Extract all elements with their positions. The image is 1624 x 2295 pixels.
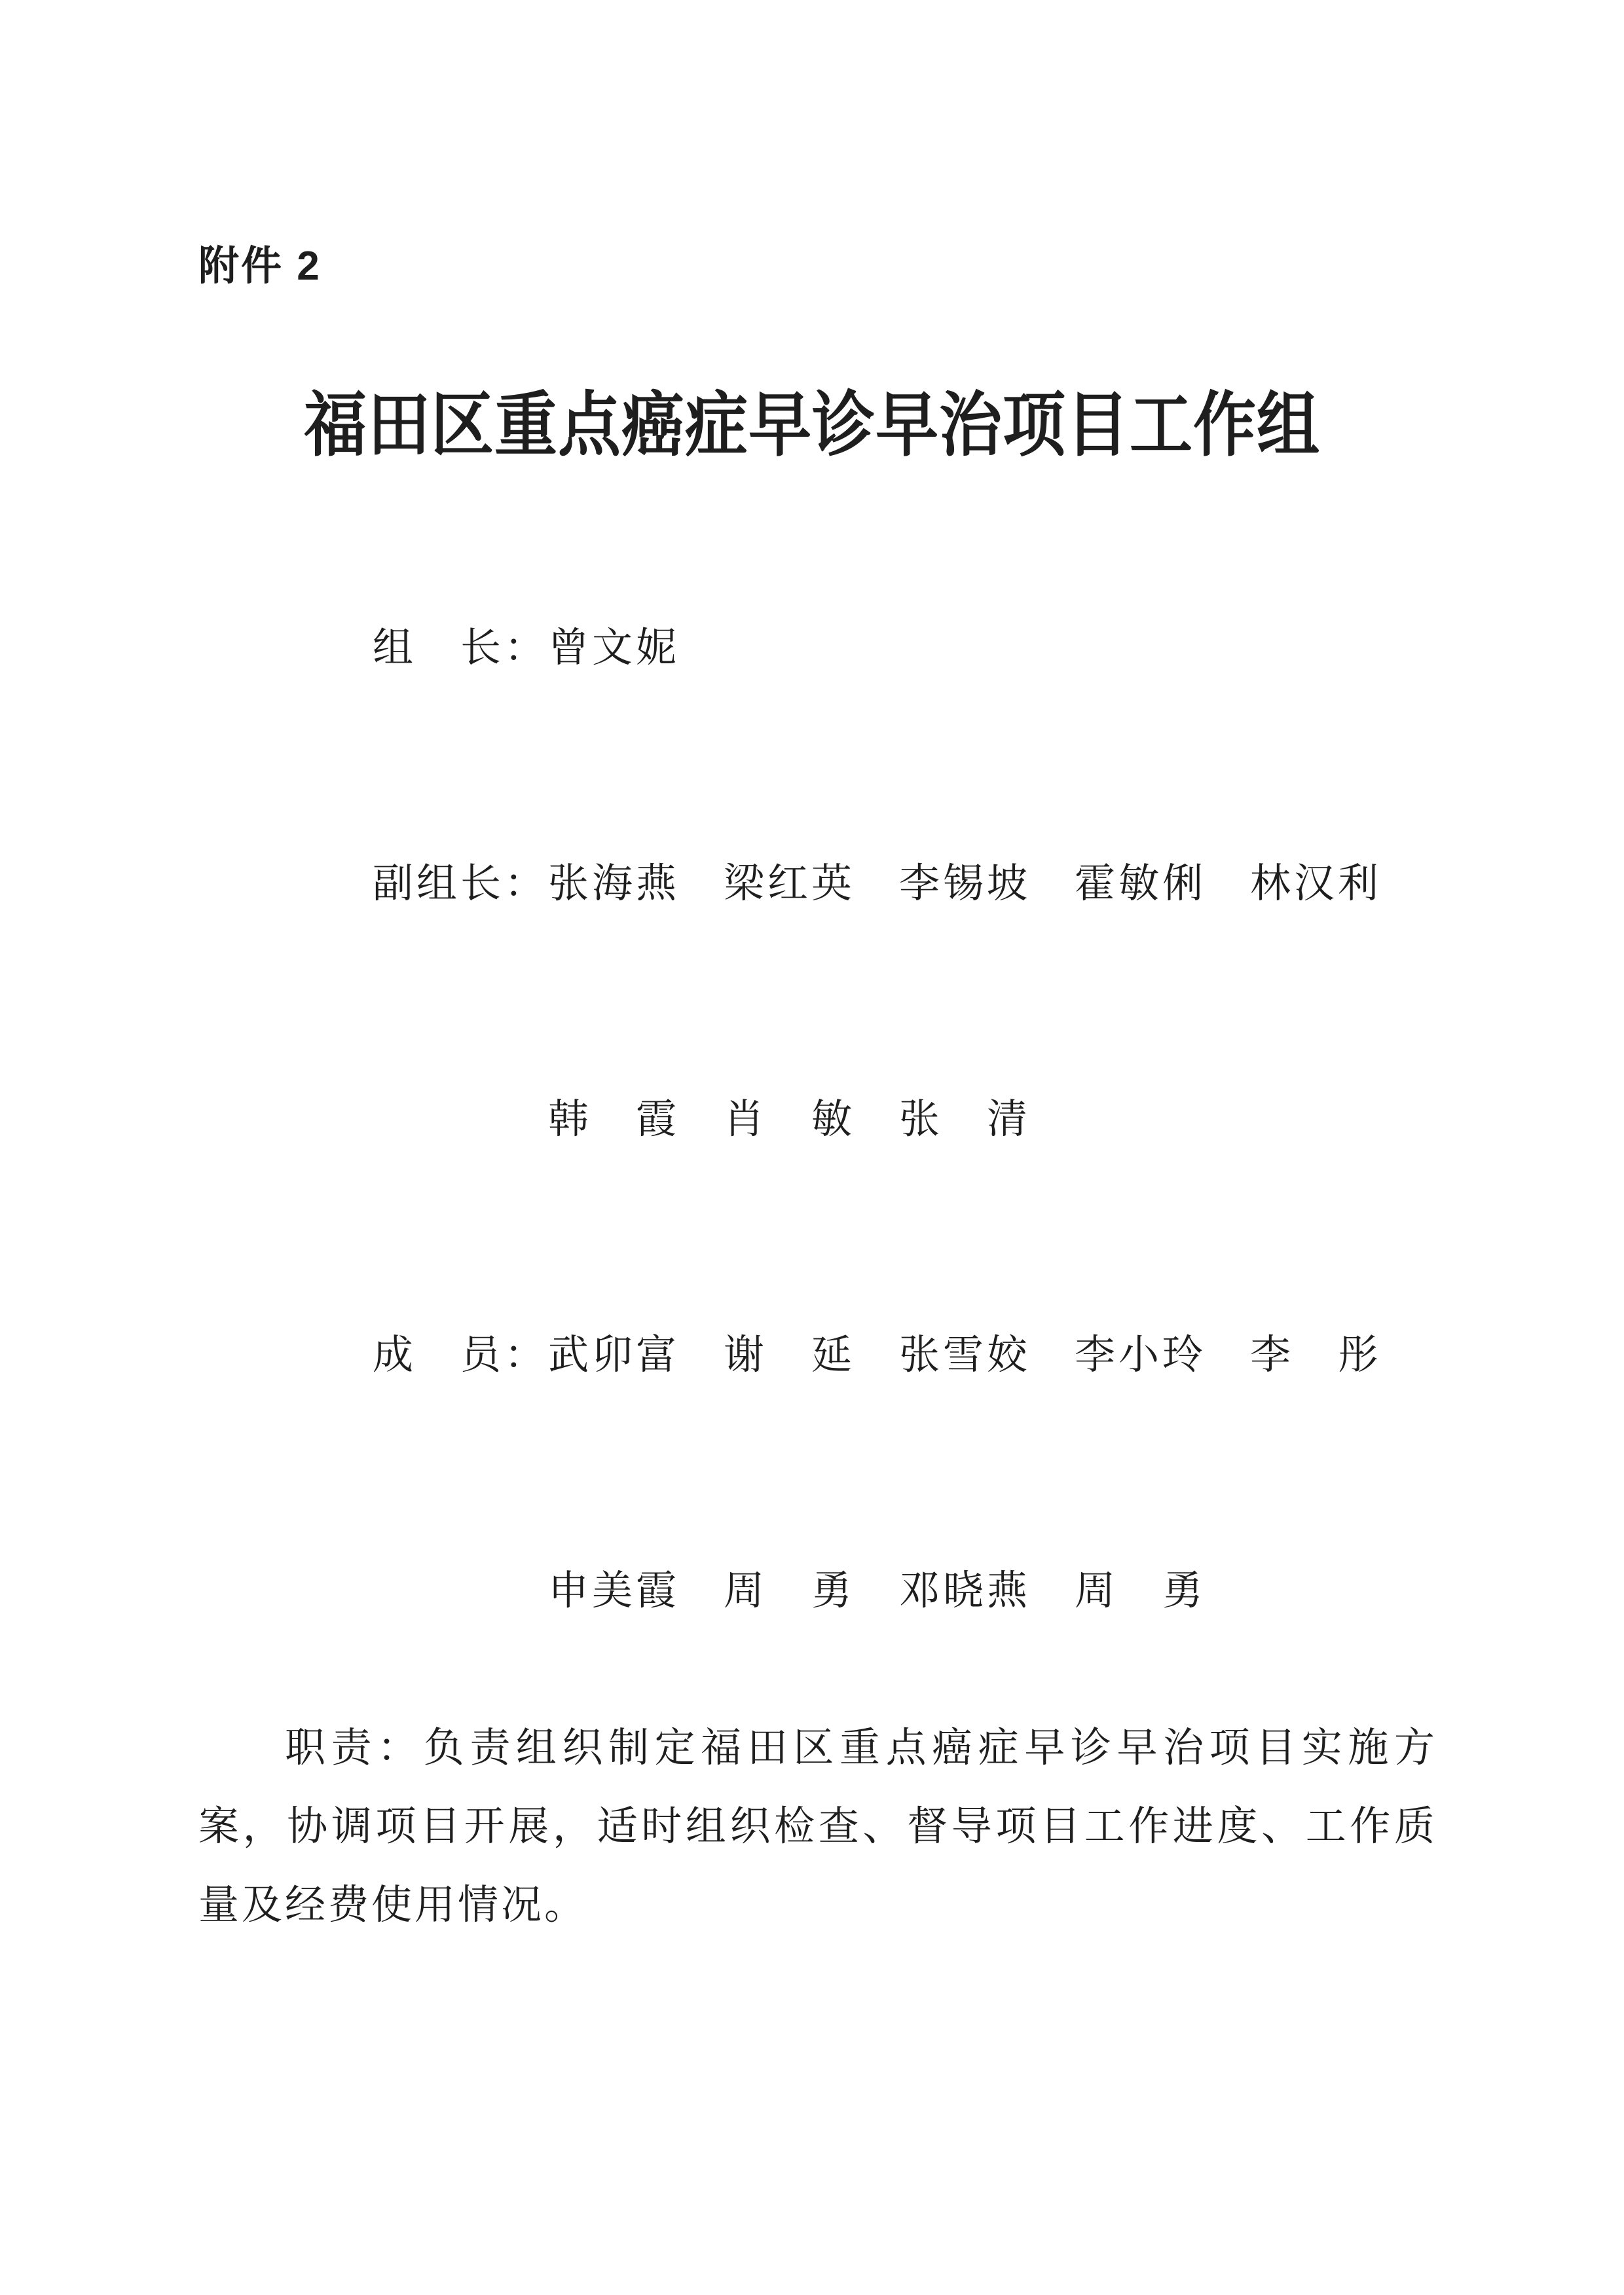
member-names-leader: 曾文妮 <box>548 626 680 670</box>
member-names-deputy-continued: 韩 霞 肖 敏 张 清 <box>548 1097 1031 1142</box>
roster-line-deputy: 副组长：张海燕 梁红英 李锡坡 霍敏俐 林汉利 <box>198 766 1437 1002</box>
duties-paragraph: 职责：负责组织制定福田区重点癌症早诊早治项目实施方案，协调项目开展，适时组织检查… <box>198 1709 1437 1945</box>
role-label-leader: 组 长： <box>373 626 548 670</box>
role-label-deputy: 副组长： <box>373 862 548 906</box>
document-body: 组 长：曾文妮 副组长：张海燕 梁红英 李锡坡 霍敏俐 林汉利 韩 霞 肖 敏 … <box>198 530 1437 1945</box>
member-names-deputy: 张海燕 梁红英 李锡坡 霍敏俐 林汉利 <box>548 862 1382 906</box>
duties-label: 职责： <box>285 1726 424 1771</box>
document-page: 附件 2 福田区重点癌症早诊早治项目工作组 组 长：曾文妮 副组长：张海燕 梁红… <box>0 0 1624 2295</box>
roster-line-deputy-continued: 韩 霞 肖 敏 张 清 <box>198 1002 1437 1238</box>
roster-line-leader: 组 长：曾文妮 <box>198 530 1437 766</box>
roster-line-members-continued: 申美霞 周 勇 邓晓燕 周 勇 <box>198 1473 1437 1709</box>
member-names-members-continued: 申美霞 周 勇 邓晓燕 周 勇 <box>548 1569 1206 1613</box>
attachment-label: 附件 2 <box>198 241 322 292</box>
member-names-members: 武卯富 谢 延 张雪姣 李小玲 李 彤 <box>548 1333 1382 1378</box>
role-label-members: 成 员： <box>373 1333 548 1378</box>
document-title: 福田区重点癌症早诊早治项目工作组 <box>0 363 1624 488</box>
roster-line-members: 成 员：武卯富 谢 延 张雪姣 李小玲 李 彤 <box>198 1238 1437 1473</box>
